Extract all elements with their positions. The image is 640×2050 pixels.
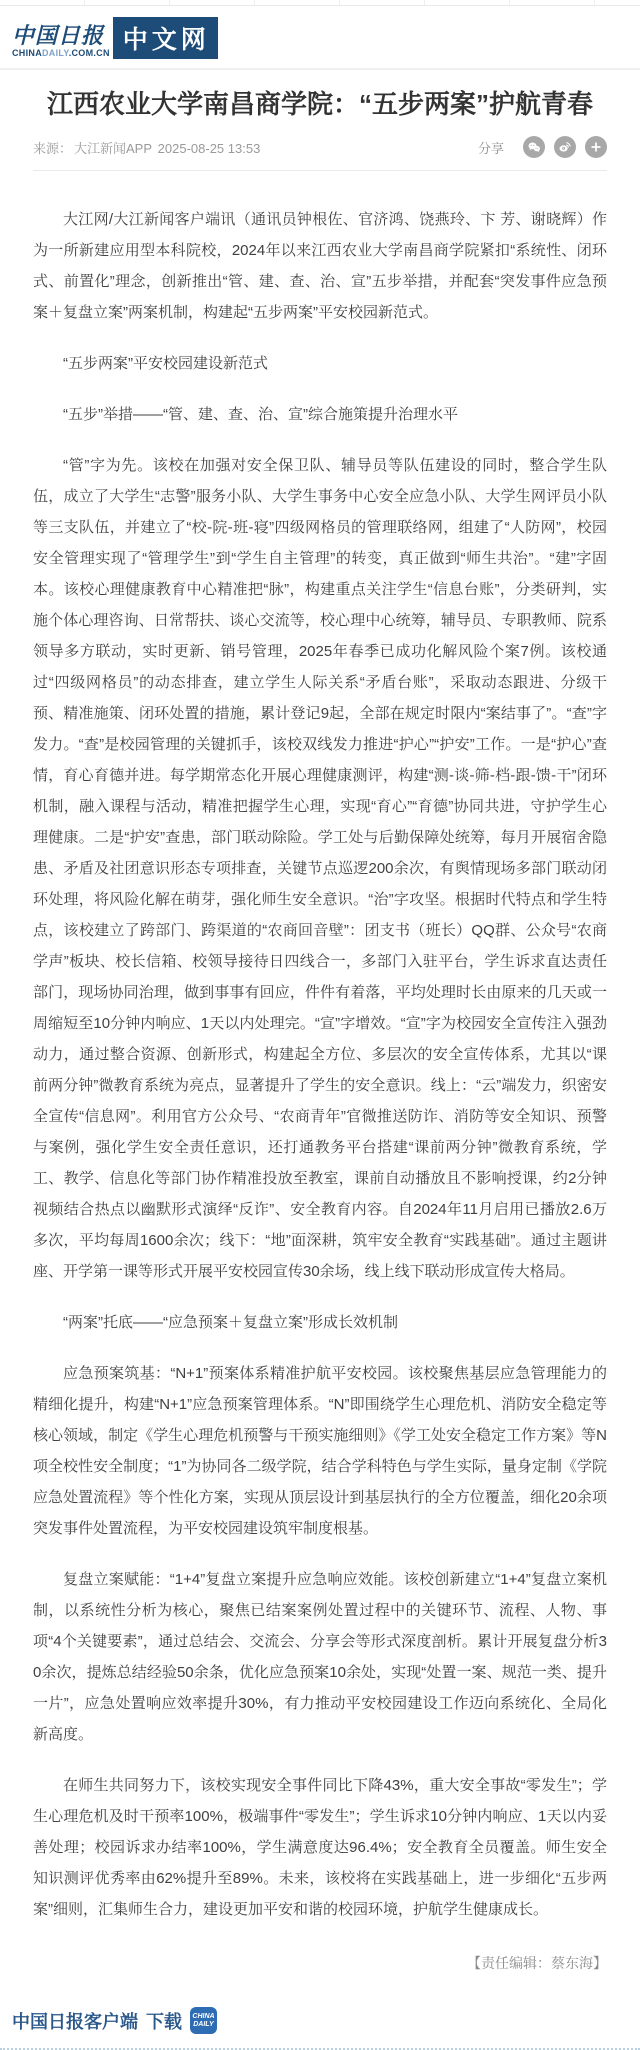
article-paragraph-results: 在师生共同努力下，该校实现安全事件同比下降43%，重大安全事故“零发生”；学生心… bbox=[33, 1770, 607, 1925]
logo-domain-part2: DAILY bbox=[42, 48, 69, 58]
weibo-share-button[interactable] bbox=[554, 136, 576, 158]
article-meta-row: 来源：大江新闻APP 2025-08-25 13:53 分享 bbox=[33, 136, 607, 171]
editor-credit: 【责任编辑：蔡东海】 bbox=[33, 1953, 607, 1973]
chinadaily-app-icon[interactable]: CHINA DAILY bbox=[190, 2007, 217, 2034]
article-source-line: 来源：大江新闻APP 2025-08-25 13:53 bbox=[33, 138, 262, 157]
app-name-text: 中国日报客户端 bbox=[12, 2008, 138, 2034]
article-subhead-wubu: “五步”举措——“管、建、查、治、宣”综合施策提升治理水平 bbox=[33, 399, 607, 430]
share-toolbar: 分享 bbox=[478, 136, 607, 158]
share-label: 分享 bbox=[478, 138, 504, 157]
article-page: 中国日报 CHINADAILY.COM.CN 中文网 江西农业大学南昌商学院：“… bbox=[0, 0, 640, 2050]
logo-domain-text: CHINADAILY.COM.CN bbox=[12, 48, 110, 59]
app-icon-line1: CHINA bbox=[192, 2013, 214, 2021]
article-paragraph-wubu-detail: “管”字为先。该校在加强对安全保卫队、辅导员等队伍建设的同时，整合学生队伍，成立… bbox=[33, 450, 607, 1287]
article-body: 大江网/大江新闻客户端讯（通讯员钟根佐、官济鸿、饶燕玲、卞 芳、谢晓辉）作为一所… bbox=[33, 171, 607, 1925]
site-header: 中国日报 CHINADAILY.COM.CN 中文网 bbox=[0, 6, 640, 70]
chinese-site-badge: 中文网 bbox=[113, 17, 218, 59]
article-title: 江西农业大学南昌商学院：“五步两案”护航青春 bbox=[33, 84, 607, 124]
logo-domain-part3: .COM.CN bbox=[69, 48, 110, 58]
chinadaily-logo[interactable]: 中国日报 CHINADAILY.COM.CN 中文网 bbox=[12, 17, 218, 59]
weibo-icon bbox=[557, 139, 573, 155]
logo-cn-text: 中国日报 bbox=[12, 24, 110, 48]
app-download-link[interactable]: 下载 bbox=[146, 2008, 182, 2034]
article-paragraph-yujian: 应急预案筑基：“N+1”预案体系精准护航平安校园。该校聚焦基层应急管理能力的精细… bbox=[33, 1358, 607, 1544]
publish-datetime: 2025-08-25 13:53 bbox=[158, 141, 261, 156]
app-download-bar: 中国日报客户端 下载 CHINA DAILY bbox=[0, 1999, 640, 2050]
plus-icon bbox=[588, 139, 604, 155]
source-name: 大江新闻APP bbox=[74, 141, 152, 156]
article-subhead-liangan: “两案”托底——“应急预案＋复盘立案”形成长效机制 bbox=[33, 1307, 607, 1338]
article-subhead-fanshi: “五步两案”平安校园建设新范式 bbox=[33, 348, 607, 379]
wechat-icon bbox=[526, 139, 542, 155]
app-icon-line2: DAILY bbox=[193, 2021, 213, 2029]
article-paragraph-fupan: 复盘立案赋能：“1+4”复盘立案提升应急响应效能。该校创新建立“1+4”复盘立案… bbox=[33, 1564, 607, 1750]
logo-domain-part1: CHINA bbox=[12, 48, 42, 58]
wechat-share-button[interactable] bbox=[523, 136, 545, 158]
article-paragraph-intro: 大江网/大江新闻客户端讯（通讯员钟根佐、官济鸿、饶燕玲、卞 芳、谢晓辉）作为一所… bbox=[33, 204, 607, 328]
chinadaily-wordmark: 中国日报 CHINADAILY.COM.CN bbox=[12, 17, 110, 59]
article-content: 江西农业大学南昌商学院：“五步两案”护航青春 来源：大江新闻APP 2025-0… bbox=[0, 84, 640, 1973]
more-share-button[interactable] bbox=[585, 136, 607, 158]
source-label: 来源： bbox=[33, 141, 72, 156]
